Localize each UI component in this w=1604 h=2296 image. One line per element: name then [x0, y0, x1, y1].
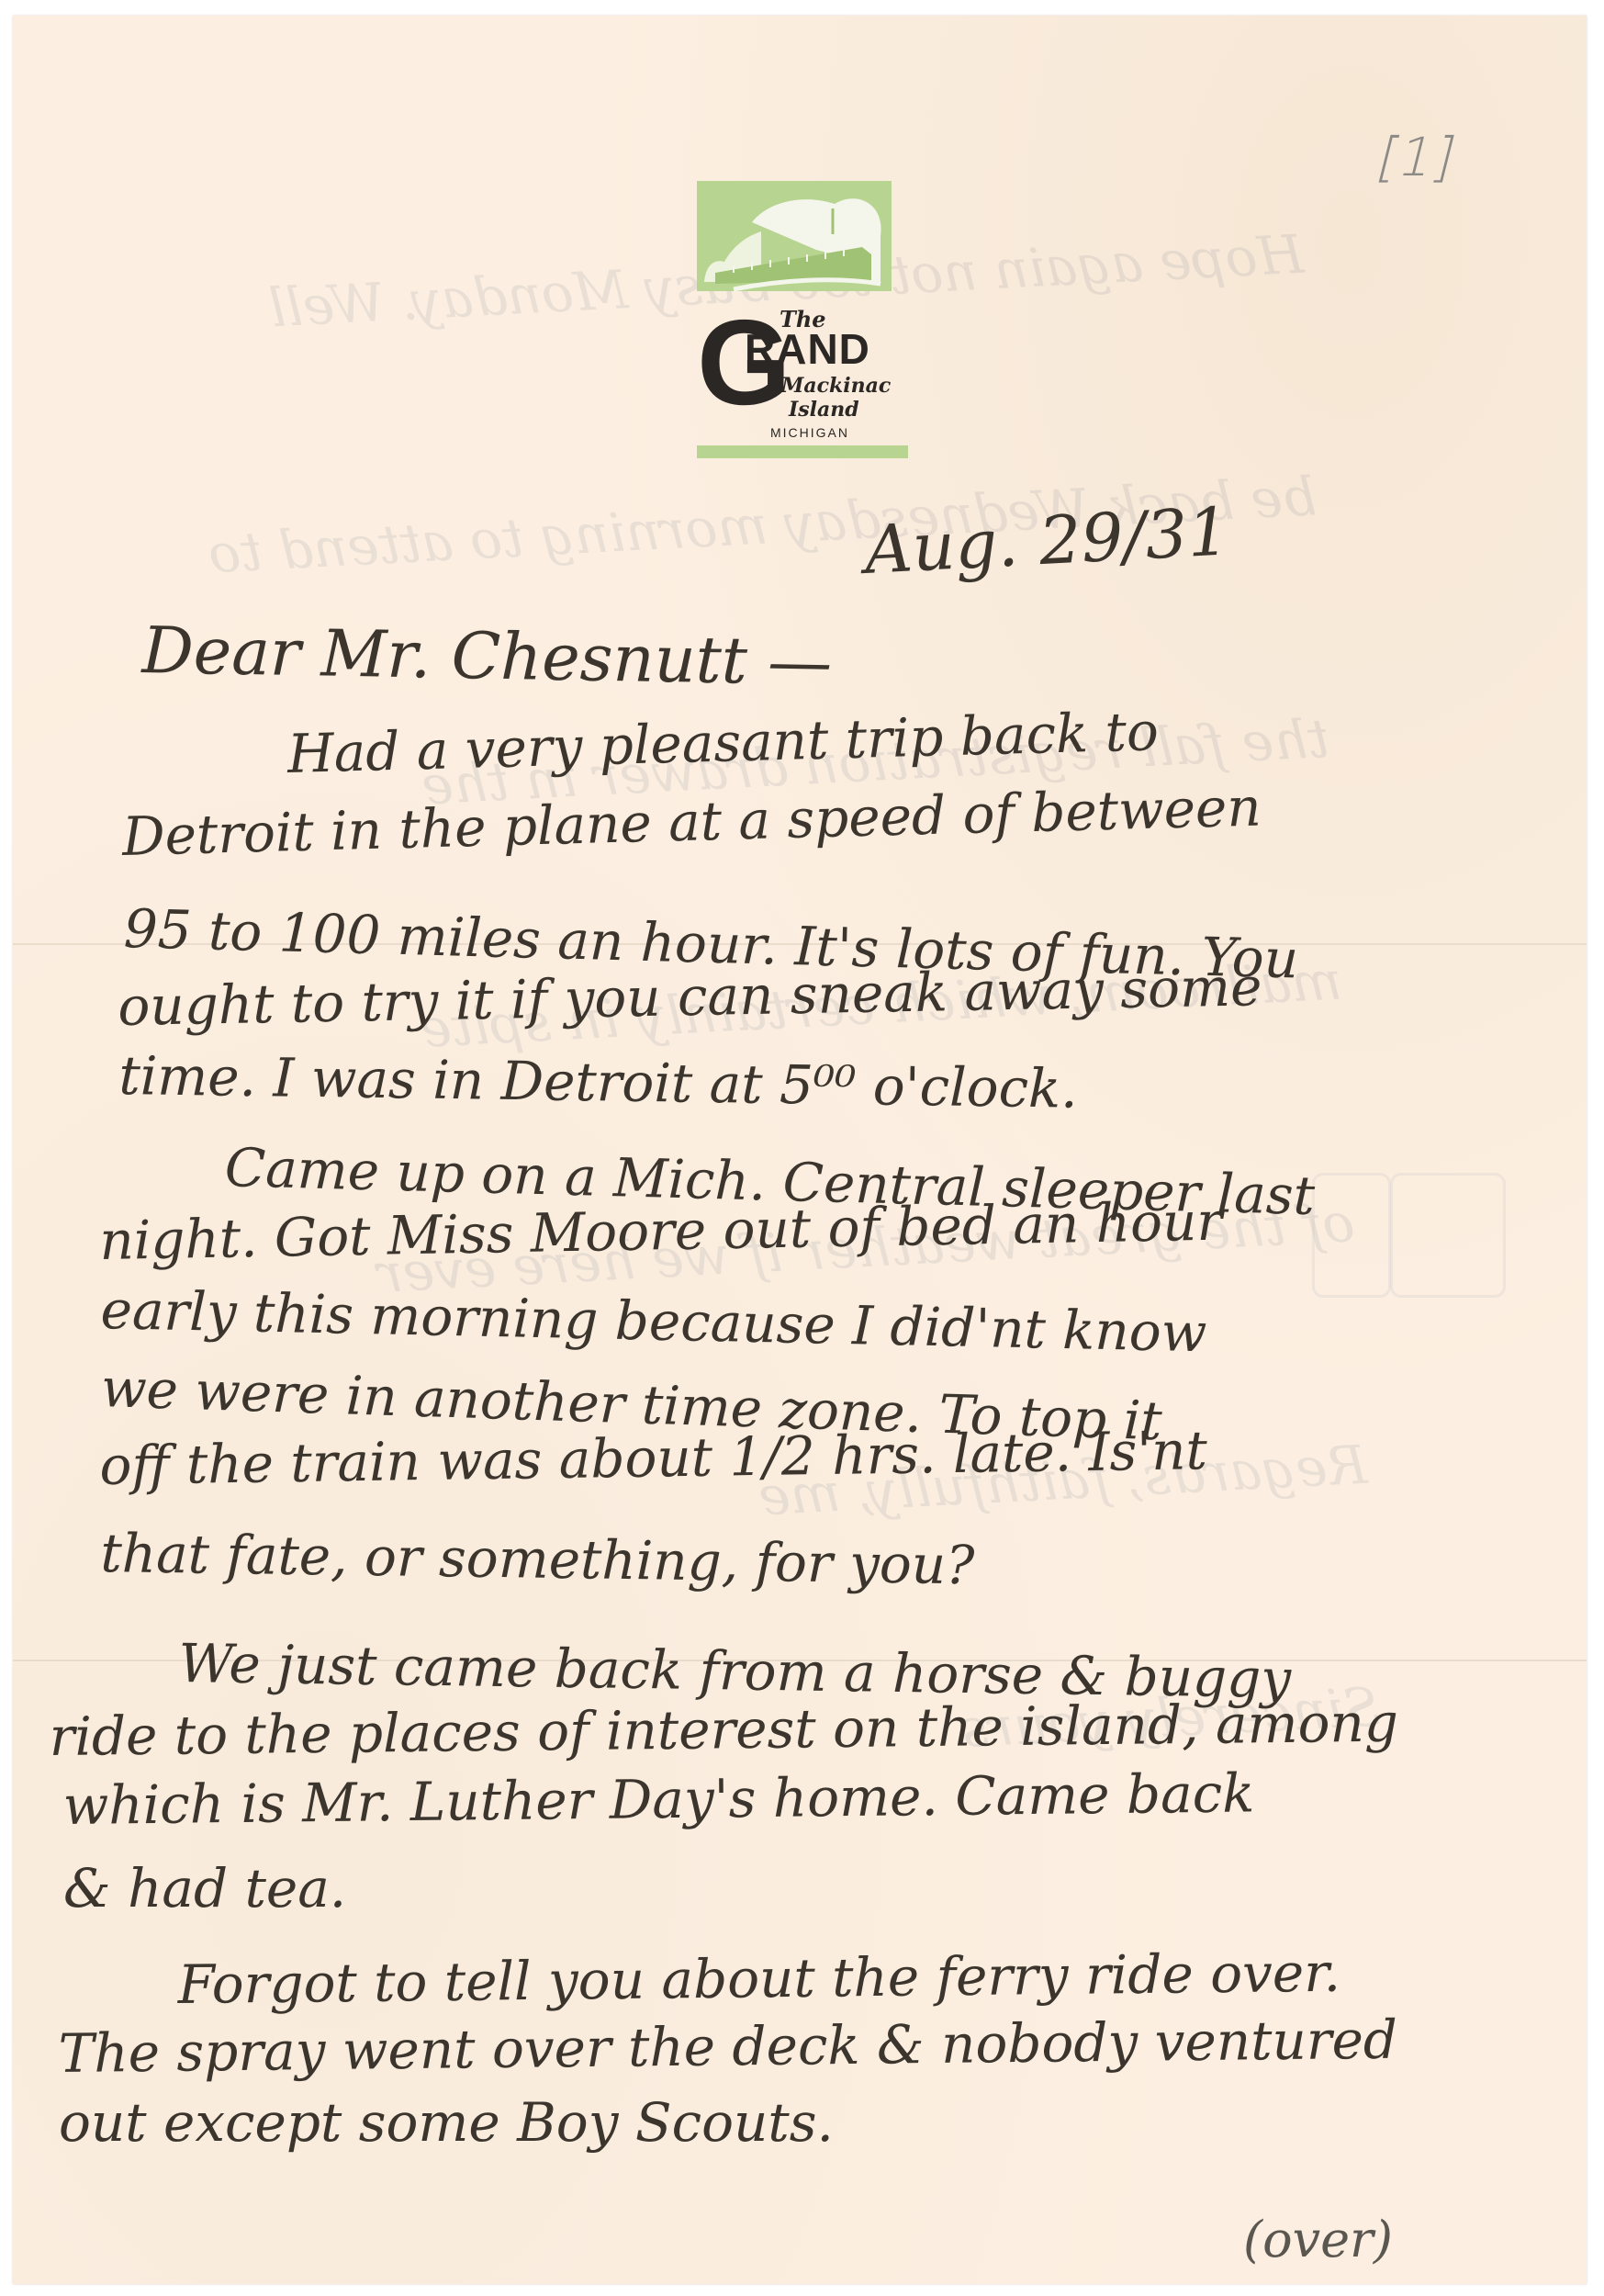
hotel-illustration-icon	[697, 181, 892, 291]
letterhead: G The RAND Mackinac Island MICHIGAN	[697, 181, 908, 456]
letter-line: time. I was in Detroit at 5⁰⁰ o'clock.	[118, 1044, 1078, 1120]
archive-page-number: [1]	[1372, 126, 1463, 188]
letter-line: & had tea.	[63, 1857, 346, 1919]
continuation-note: (over)	[1243, 2211, 1393, 2268]
letter-line: The spray went over the deck & nobody ve…	[58, 2009, 1397, 2085]
letterhead-rule	[697, 445, 908, 458]
letter-page: Hope again not too busy Monday. Well be …	[13, 16, 1587, 2284]
bleed-through-letterhead	[1390, 1173, 1506, 1298]
letter-line: Forgot to tell you about the ferry ride …	[177, 1941, 1340, 2016]
letter-line: out except some Boy Scouts.	[59, 2091, 834, 2154]
bleed-through-letterhead	[1312, 1173, 1391, 1298]
hotel-name: G The RAND Mackinac Island MICHIGAN	[697, 302, 908, 431]
salutation: Dear Mr. Chesnutt —	[141, 613, 833, 700]
letter-line: that fate, or something, for you?	[100, 1522, 975, 1596]
letter-line: which is Mr. Luther Day's home. Came bac…	[62, 1761, 1254, 1837]
